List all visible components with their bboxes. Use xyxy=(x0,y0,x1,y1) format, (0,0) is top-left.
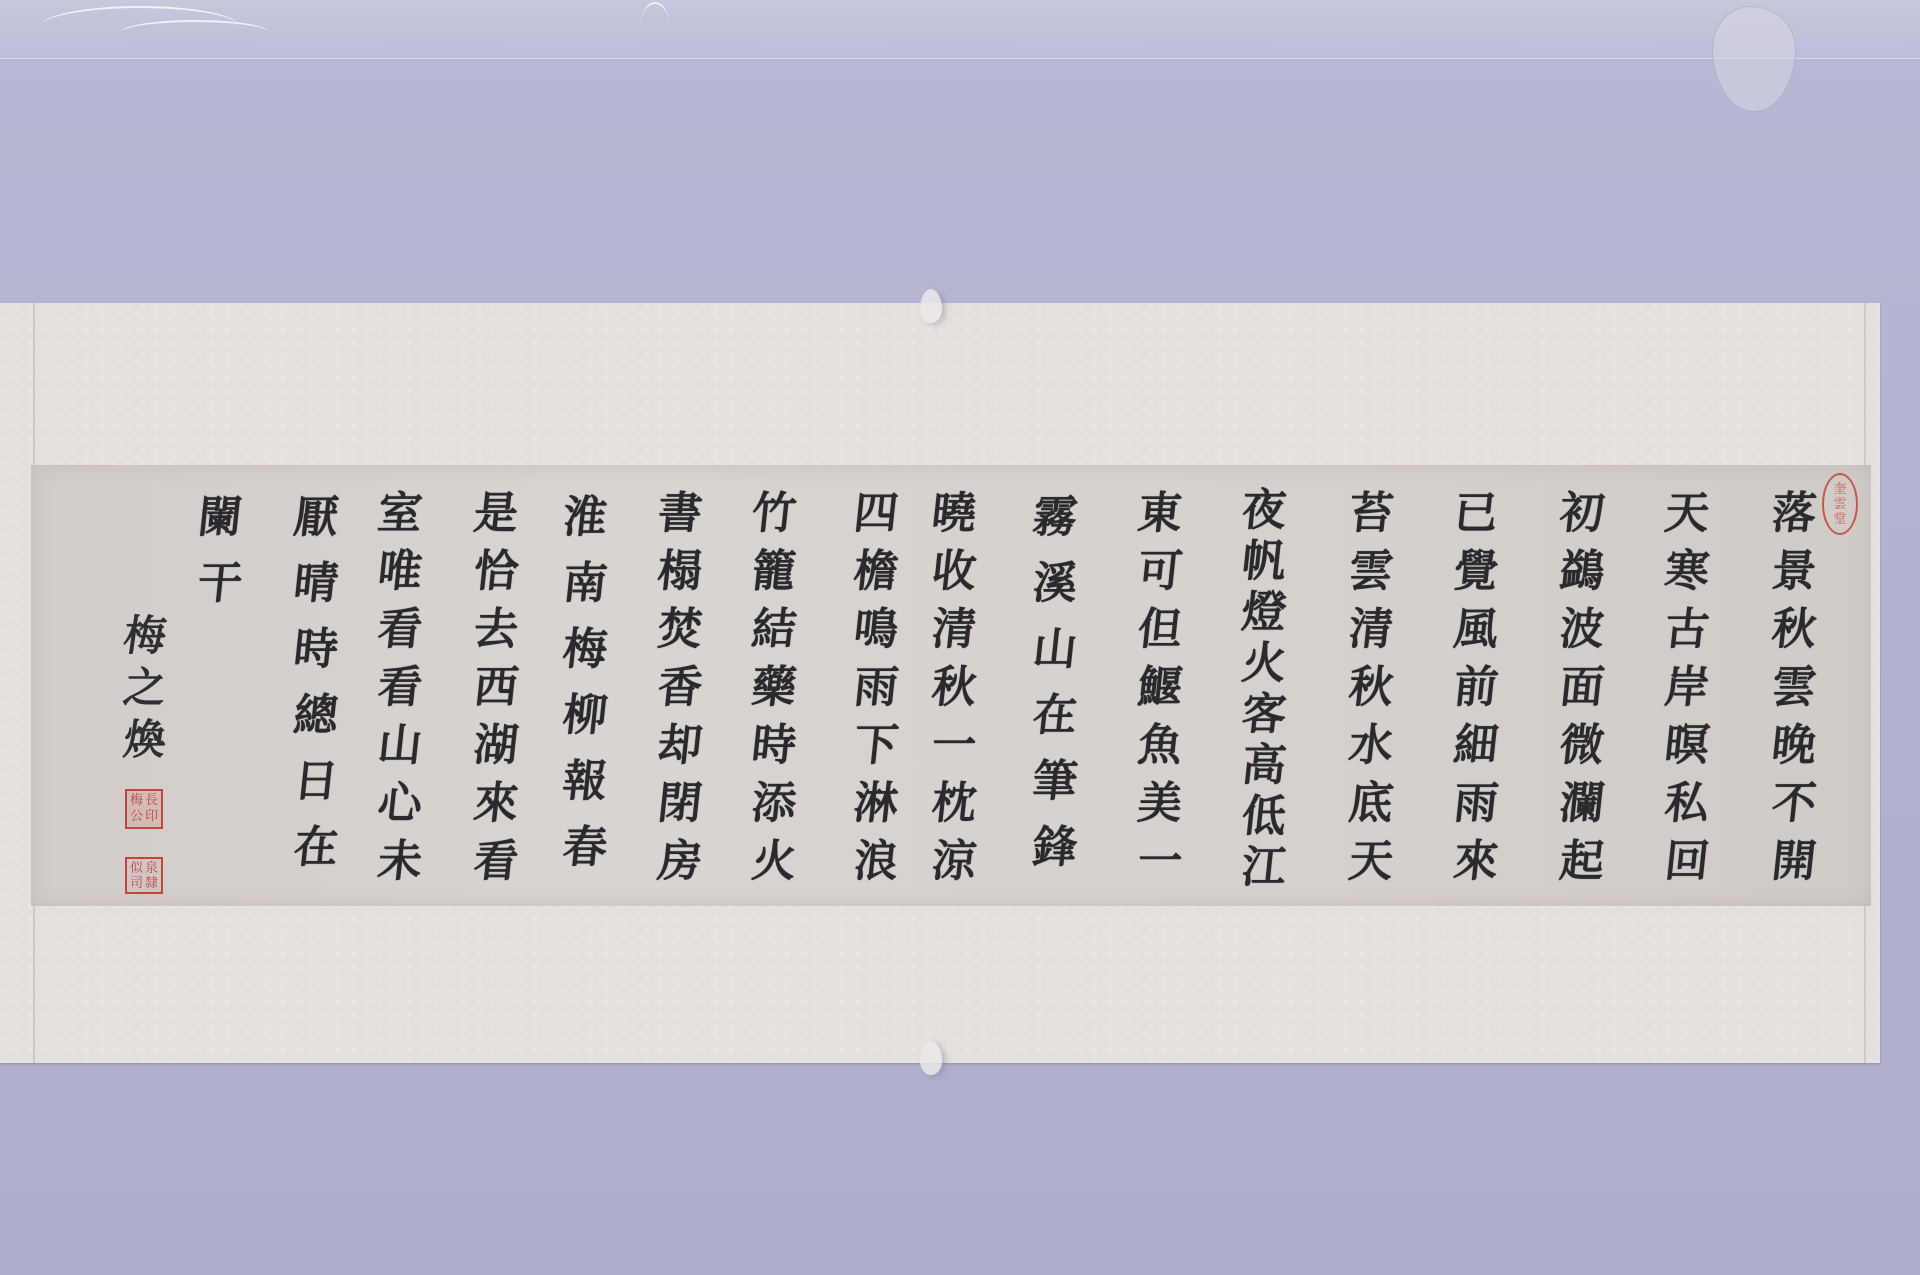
char: 覺 xyxy=(1451,543,1501,601)
char: 厭 xyxy=(291,485,342,551)
seal-oval-top-right: 奎 雲 堂 xyxy=(1822,473,1858,535)
char: 鷁 xyxy=(1557,543,1607,601)
char: 可 xyxy=(1135,543,1185,601)
film-glint xyxy=(640,2,670,54)
char: 鰋 xyxy=(1135,659,1185,717)
text-column-11: 竹 籠 結 藥 時 添 火 xyxy=(746,485,802,891)
char: 晚 xyxy=(1769,717,1819,775)
char: 竹 xyxy=(749,485,799,543)
char: 恰 xyxy=(471,543,521,601)
char: 香 xyxy=(655,659,705,717)
char: 却 xyxy=(655,717,705,775)
char: 湖 xyxy=(471,717,521,775)
char: 清 xyxy=(929,601,979,659)
char: 淮 xyxy=(560,485,611,551)
seal-char: 長 xyxy=(144,793,159,809)
char: 水 xyxy=(1346,717,1396,775)
text-column-16: 厭 晴 時 總 日 在 xyxy=(288,485,344,881)
char: 未 xyxy=(375,833,425,891)
char: 心 xyxy=(375,775,425,833)
text-column-5: 苔 雲 清 秋 水 底 天 xyxy=(1343,485,1399,891)
char: 山 xyxy=(1030,617,1081,683)
char: 苔 xyxy=(1346,485,1396,543)
artist-seal-2: 似 泉 司 隸 xyxy=(125,857,163,894)
text-column-15: 室 唯 看 看 山 心 未 xyxy=(372,485,428,891)
char: 下 xyxy=(851,717,901,775)
seal-char: 堂 xyxy=(1833,512,1846,527)
char: 江 xyxy=(1239,842,1288,893)
char: 室 xyxy=(375,485,425,543)
char: 不 xyxy=(1769,775,1819,833)
char: 美 xyxy=(1135,775,1185,833)
char: 藥 xyxy=(749,659,799,717)
artist-signature: 梅 之 煥 xyxy=(115,610,175,766)
char: 火 xyxy=(749,833,799,891)
char: 浪 xyxy=(851,833,901,891)
char: 微 xyxy=(1557,717,1607,775)
text-column-2: 天 寒 古 岸 暝 私 回 xyxy=(1659,485,1715,891)
char: 榻 xyxy=(655,543,705,601)
char: 雨 xyxy=(851,659,901,717)
char: 報 xyxy=(560,749,611,815)
text-column-17: 闌 干 xyxy=(192,485,248,617)
char: 是 xyxy=(471,485,521,543)
char: 在 xyxy=(291,815,342,881)
seal-char: 泉 xyxy=(144,861,159,876)
char: 霧 xyxy=(1030,485,1081,551)
artist-seal-1: 梅 長 公 印 xyxy=(125,789,163,829)
char: 天 xyxy=(1346,833,1396,891)
char: 高 xyxy=(1239,740,1288,791)
film-glint xyxy=(120,20,270,46)
char: 低 xyxy=(1239,791,1288,842)
char: 涼 xyxy=(929,833,979,891)
char: 面 xyxy=(1557,659,1607,717)
char: 時 xyxy=(749,717,799,775)
char: 闌 xyxy=(195,485,246,551)
signature-char: 之 xyxy=(120,662,169,714)
char: 結 xyxy=(749,601,799,659)
char: 房 xyxy=(655,833,705,891)
char: 初 xyxy=(1557,485,1607,543)
text-column-1: 落 景 秋 雲 晚 不 開 xyxy=(1766,485,1822,891)
char: 收 xyxy=(929,543,979,601)
char: 已 xyxy=(1451,485,1501,543)
char: 秋 xyxy=(929,659,979,717)
char: 岸 xyxy=(1662,659,1712,717)
char: 焚 xyxy=(655,601,705,659)
char: 淋 xyxy=(851,775,901,833)
char: 雲 xyxy=(1769,659,1819,717)
seal-char: 梅 xyxy=(129,793,144,809)
char: 柳 xyxy=(560,683,611,749)
text-column-4: 已 覺 風 前 細 雨 來 xyxy=(1448,485,1504,891)
char: 西 xyxy=(471,659,521,717)
char: 波 xyxy=(1557,601,1607,659)
char: 鳴 xyxy=(851,601,901,659)
char: 總 xyxy=(291,683,342,749)
char: 山 xyxy=(375,717,425,775)
text-column-10: 四 檐 鳴 雨 下 淋 浪 xyxy=(848,485,904,891)
char: 客 xyxy=(1239,689,1288,740)
stain-mark xyxy=(1712,6,1796,112)
char: 梅 xyxy=(560,617,611,683)
text-column-14: 是 恰 去 西 湖 來 看 xyxy=(468,485,524,891)
photo-stage: 奎 雲 堂 落 景 秋 雲 晚 不 開 天 寒 古 岸 暝 私 回 xyxy=(0,0,1920,1275)
signature-char: 煥 xyxy=(120,714,169,766)
text-column-13: 淮 南 梅 柳 報 春 xyxy=(557,485,613,881)
char: 雨 xyxy=(1451,775,1501,833)
char: 秋 xyxy=(1346,659,1396,717)
char: 私 xyxy=(1662,775,1712,833)
char: 在 xyxy=(1030,683,1081,749)
char: 魚 xyxy=(1135,717,1185,775)
char: 古 xyxy=(1662,601,1712,659)
char: 東 xyxy=(1135,485,1185,543)
char: 筆 xyxy=(1030,749,1081,815)
char: 開 xyxy=(1769,833,1819,891)
calligraphy-panel: 奎 雲 堂 落 景 秋 雲 晚 不 開 天 寒 古 岸 暝 私 回 xyxy=(31,465,1871,906)
char: 前 xyxy=(1451,659,1501,717)
char: 南 xyxy=(560,551,611,617)
seal-char: 公 xyxy=(129,809,144,825)
char: 燈 xyxy=(1239,587,1288,638)
text-column-3: 初 鷁 波 面 微 瀾 起 xyxy=(1554,485,1610,891)
char: 曉 xyxy=(929,485,979,543)
char: 時 xyxy=(291,617,342,683)
char: 鋒 xyxy=(1030,815,1081,881)
char: 天 xyxy=(1662,485,1712,543)
char: 四 xyxy=(851,485,901,543)
seal-char: 奎 xyxy=(1833,482,1846,497)
char: 景 xyxy=(1769,543,1819,601)
clip-bottom xyxy=(920,1041,942,1075)
text-column-9: 曉 收 清 秋 一 枕 涼 xyxy=(926,485,982,891)
text-column-7: 東 可 但 鰋 魚 美 一 xyxy=(1132,485,1188,891)
seal-char: 似 xyxy=(129,861,144,876)
clip-top xyxy=(920,289,942,323)
scroll-mount: 奎 雲 堂 落 景 秋 雲 晚 不 開 天 寒 古 岸 暝 私 回 xyxy=(0,303,1880,1063)
char: 春 xyxy=(560,815,611,881)
char: 細 xyxy=(1451,717,1501,775)
signature-char: 梅 xyxy=(120,610,169,662)
char: 底 xyxy=(1346,775,1396,833)
char: 帆 xyxy=(1239,536,1288,587)
text-column-6: 夜 帆 燈 火 客 高 低 江 xyxy=(1236,485,1292,893)
char: 清 xyxy=(1346,601,1396,659)
char: 看 xyxy=(375,659,425,717)
char: 來 xyxy=(471,775,521,833)
char: 看 xyxy=(471,833,521,891)
plastic-film-sheet xyxy=(0,0,1920,59)
char: 瀾 xyxy=(1557,775,1607,833)
char: 火 xyxy=(1239,638,1288,689)
seal-char: 印 xyxy=(144,809,159,825)
char: 日 xyxy=(291,749,342,815)
char: 籠 xyxy=(749,543,799,601)
char: 檐 xyxy=(851,543,901,601)
char: 一 xyxy=(1135,833,1185,891)
char: 干 xyxy=(195,551,246,617)
char: 暝 xyxy=(1662,717,1712,775)
char: 寒 xyxy=(1662,543,1712,601)
char: 去 xyxy=(471,601,521,659)
char: 唯 xyxy=(375,543,425,601)
char: 雲 xyxy=(1346,543,1396,601)
char: 風 xyxy=(1451,601,1501,659)
char: 秋 xyxy=(1769,601,1819,659)
char: 來 xyxy=(1451,833,1501,891)
text-column-12: 書 榻 焚 香 却 閉 房 xyxy=(652,485,708,891)
seal-char: 司 xyxy=(129,876,144,891)
char: 看 xyxy=(375,601,425,659)
text-column-8: 霧 溪 山 在 筆 鋒 xyxy=(1027,485,1083,881)
char: 晴 xyxy=(291,551,342,617)
char: 回 xyxy=(1662,833,1712,891)
char: 落 xyxy=(1769,485,1819,543)
char: 溪 xyxy=(1030,551,1081,617)
char: 起 xyxy=(1557,833,1607,891)
char: 閉 xyxy=(655,775,705,833)
seal-char: 隸 xyxy=(144,876,159,891)
char: 枕 xyxy=(929,775,979,833)
seal-char: 雲 xyxy=(1833,497,1846,512)
char: 添 xyxy=(749,775,799,833)
char: 書 xyxy=(655,485,705,543)
char: 一 xyxy=(929,717,979,775)
char: 但 xyxy=(1135,601,1185,659)
char: 夜 xyxy=(1239,485,1288,536)
